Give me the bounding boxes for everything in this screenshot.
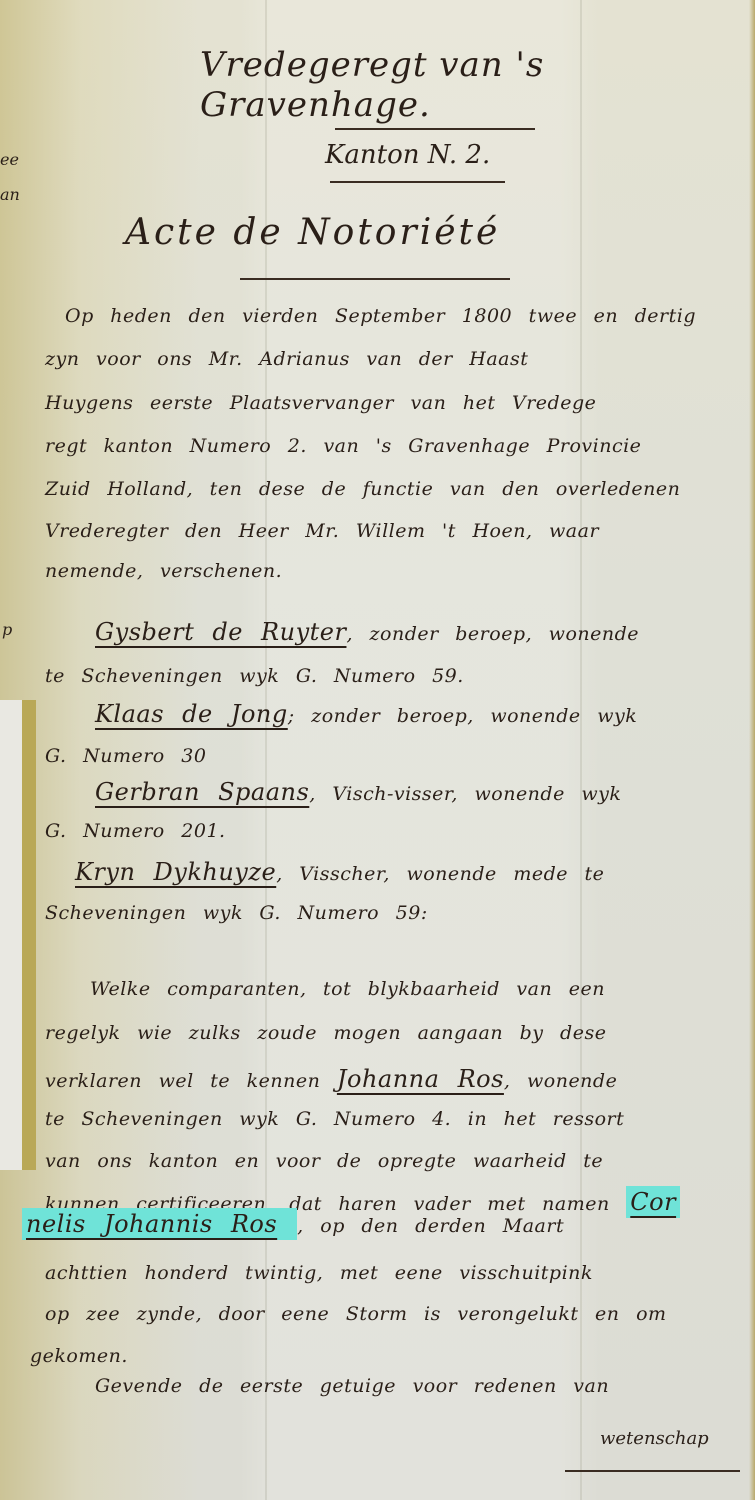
closing-word: wetenschap	[600, 1428, 709, 1449]
witness-details: ; zonder beroep, wonende wyk	[288, 705, 637, 727]
text-line: Gevende de eerste getuige voor redenen v…	[95, 1375, 745, 1397]
text-line: te Scheveningen wyk G. Numero 4. in het …	[45, 1108, 745, 1130]
text-line: Welke comparanten, tot blykbaarheid van …	[90, 978, 745, 1000]
divider-rule	[240, 278, 510, 280]
witness-name: Klaas de Jong	[95, 700, 288, 728]
witness-name: Gerbran Spaans	[95, 778, 309, 806]
divider-rule	[335, 128, 535, 130]
text-line: van ons kanton en voor de opregte waarhe…	[45, 1150, 745, 1172]
witness-details: , zonder beroep, wonende	[346, 623, 639, 645]
witness-entry: Gerbran Spaans, Visch-visser, wonende wy…	[95, 778, 745, 806]
subject-name: Johanna Ros	[337, 1065, 504, 1093]
witness-name: Gysbert de Ruyter	[95, 618, 346, 646]
margin-note: p	[2, 620, 12, 639]
scanned-document-page: ee an p Vredegeregt van 's Gravenhage. K…	[0, 0, 755, 1500]
text-line: Zuid Holland, ten dese de functie van de…	[45, 478, 745, 500]
witness-details: , Visch-visser, wonende wyk	[309, 783, 621, 805]
text-fragment: verklaren wel te kennen	[45, 1070, 320, 1092]
margin-paper-insert	[0, 700, 36, 1170]
text-line: regt kanton Numero 2. van 's Gravenhage …	[45, 435, 745, 457]
text-fragment: , op den derden Maart	[297, 1215, 564, 1237]
closing-rule	[565, 1470, 740, 1472]
witness-entry: Kryn Dykhuyze, Visscher, wonende mede te	[75, 858, 745, 886]
text-line: Op heden den vierden September 1800 twee…	[65, 305, 745, 327]
page-edge	[749, 0, 755, 1500]
kanton-subheading: Kanton N. 2.	[325, 140, 490, 170]
witness-entry: Klaas de Jong; zonder beroep, wonende wy…	[95, 700, 745, 728]
margin-note: an	[0, 185, 20, 204]
text-line: Huygens eerste Plaatsvervanger van het V…	[45, 392, 745, 414]
text-line: zyn voor ons Mr. Adrianus van der Haast	[45, 348, 745, 370]
text-line: nelis Johannis Ros, op den derden Maart	[22, 1210, 745, 1238]
witness-entry: Gysbert de Ruyter, zonder beroep, wonend…	[95, 618, 745, 646]
text-line: achttien honderd twintig, met eene vissc…	[45, 1262, 745, 1284]
margin-note: ee	[0, 150, 19, 169]
text-line: Vrederegter den Heer Mr. Willem 't Hoen,…	[45, 520, 745, 542]
text-line: gekomen.	[30, 1345, 745, 1367]
court-heading: Vredegeregt van 's Gravenhage.	[200, 45, 755, 125]
text-fragment: , wonende	[504, 1070, 617, 1092]
witness-details: , Visscher, wonende mede te	[276, 863, 604, 885]
text-line: verklaren wel te kennen Johanna Ros, won…	[45, 1065, 745, 1093]
highlighted-father-name: nelis Johannis Ros	[22, 1208, 297, 1240]
witness-address: G. Numero 201.	[45, 820, 745, 842]
text-line: regelyk wie zulks zoude mogen aangaan by…	[45, 1022, 745, 1044]
document-title: Acte de Notoriété	[125, 212, 500, 253]
witness-address: te Scheveningen wyk G. Numero 59.	[45, 665, 745, 687]
witness-name: Kryn Dykhuyze	[75, 858, 276, 886]
text-line: nemende, verschenen.	[45, 560, 745, 582]
text-line: op zee zynde, door eene Storm is veronge…	[45, 1303, 745, 1325]
witness-address: Scheveningen wyk G. Numero 59:	[45, 902, 745, 924]
witness-address: G. Numero 30	[45, 745, 745, 767]
divider-rule	[330, 181, 505, 183]
